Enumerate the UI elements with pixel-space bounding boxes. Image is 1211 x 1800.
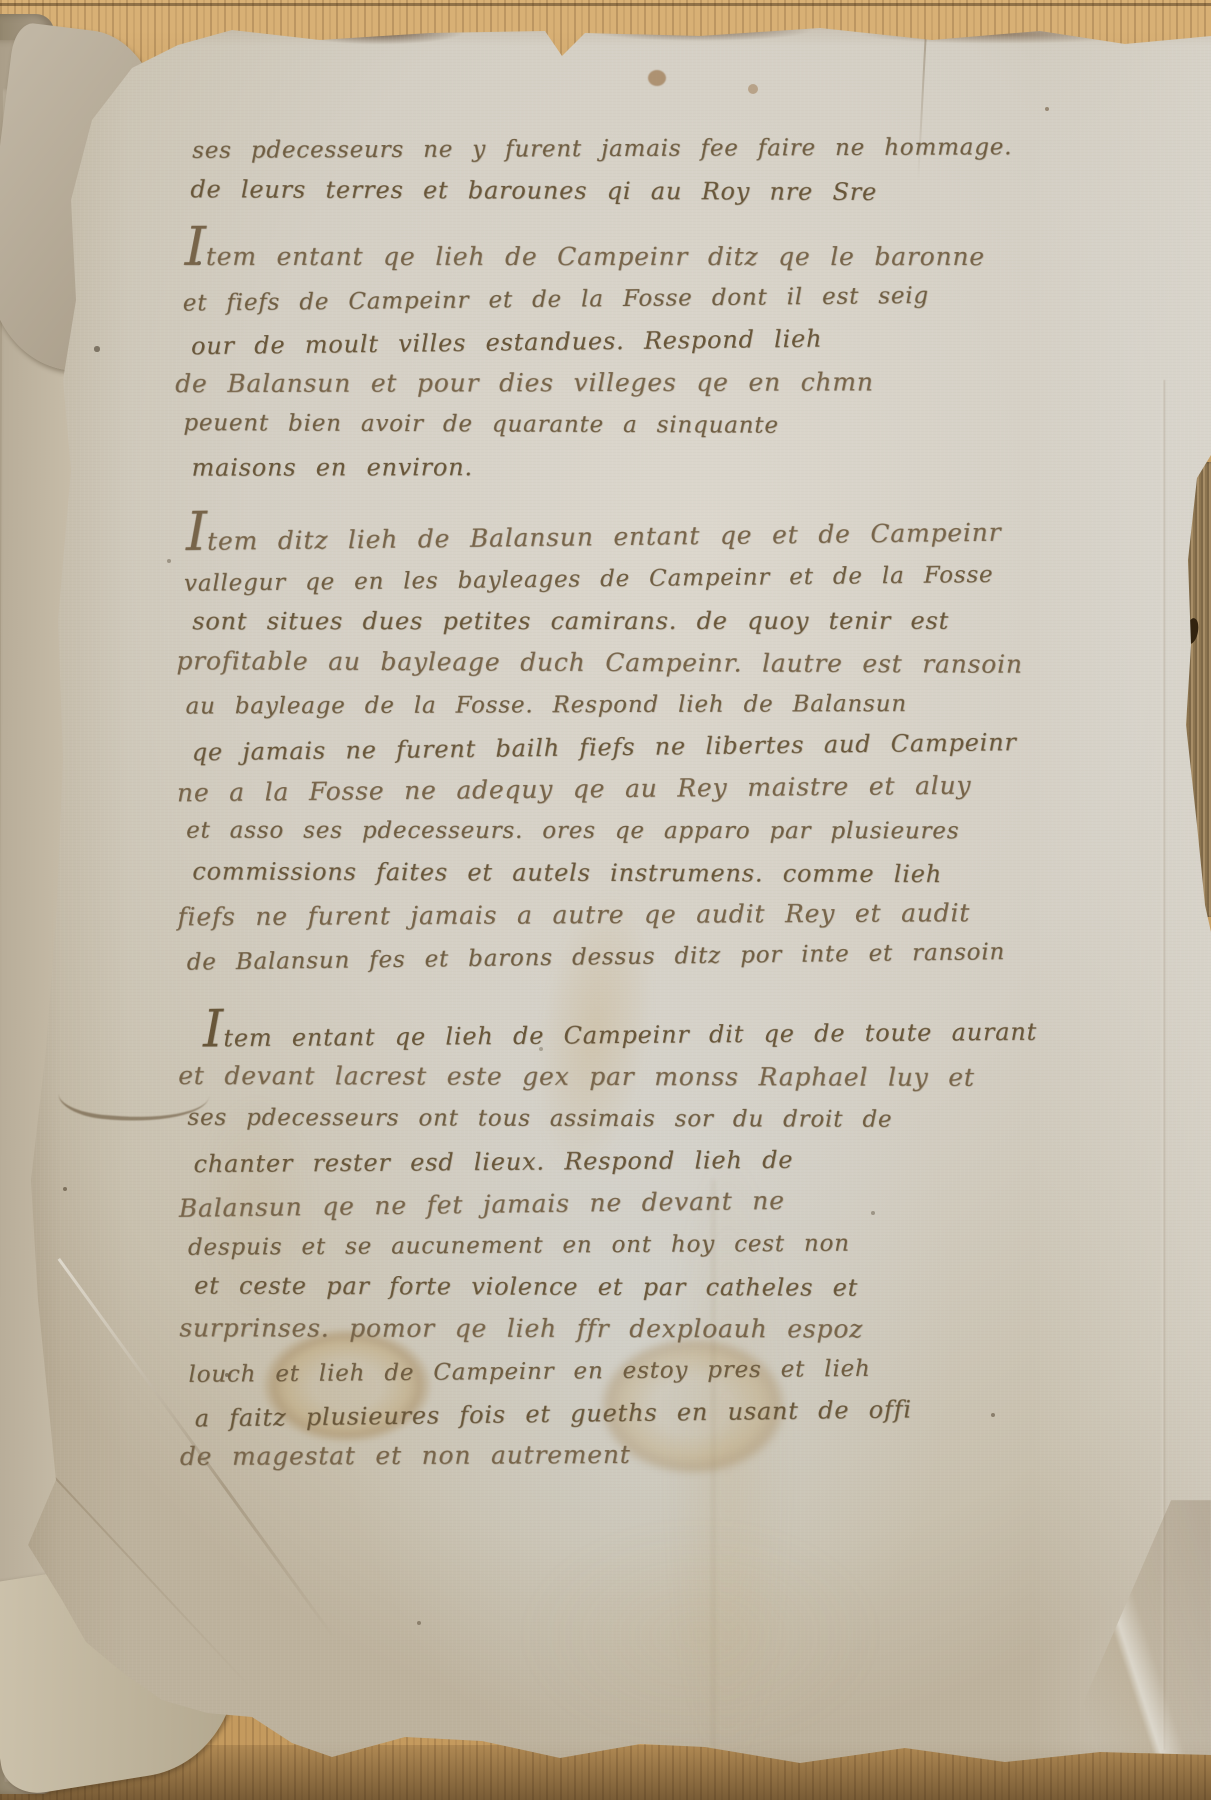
manuscript-line: peuent bien avoir de quarante a sinquant…: [183, 402, 1063, 448]
manuscript-line: ses pdecesseurs ont tous assimais sor du…: [187, 1097, 1066, 1141]
manuscript-photo: ses pdecesseurs ne y furent jamais fee f…: [0, 0, 1211, 1800]
manuscript-line: ne a la Fosse ne adequy qe au Rey maistr…: [177, 764, 1065, 815]
manuscript-line: et devant lacrest este gex par monss Rap…: [178, 1055, 1066, 1099]
paragraph: Item entant qe lieh de Campeinr dit qe d…: [186, 1012, 1068, 1478]
manuscript-text: ses pdecesseurs ne y furent jamais fee f…: [182, 126, 1068, 1478]
manuscript-line: vallegur qe en les bayleages de Campeinr…: [184, 553, 1064, 605]
manuscript-line: profitable au bayleage duch Campeinr. la…: [176, 640, 1064, 686]
manuscript-line: Item entant qe lieh de Campeinr dit qe d…: [203, 1010, 1066, 1059]
manuscript-line: ses pdecesseurs ne y furent jamais fee f…: [192, 126, 1062, 172]
paragraph: Item ditz lieh de Balansun entant qe et …: [184, 514, 1066, 980]
manuscript-line: de leurs terres et barounes qi au Roy nr…: [190, 168, 1062, 214]
manuscript-line: de magestat et non autrement: [180, 1432, 1068, 1478]
manuscript-line: despuis et se aucunement en ont hoy cest…: [188, 1221, 1067, 1269]
manuscript-line: et asso ses pdecesseurs. ores qe apparo …: [186, 810, 1065, 853]
small-spot-stain: [648, 70, 666, 86]
manuscript-line: au bayleage de la Fosse. Respond lieh de…: [186, 682, 1065, 727]
manuscript-line: Item entant qe lieh de Campeinr ditz qe …: [185, 236, 1063, 278]
small-spot-stain: [748, 84, 758, 94]
water-stain: [520, 1520, 880, 1750]
manuscript-line: surprinses. pomor qe lieh ffr dexploauh …: [179, 1307, 1067, 1350]
manuscript-line: commissions faites et autels instrumens.…: [192, 850, 1065, 895]
manuscript-line: de Balansun et pour dies villeges qe en …: [175, 361, 1063, 405]
paragraph: ses pdecesseurs ne y furent jamais fee f…: [182, 126, 1062, 214]
manuscript-line: de Balansun fes et barons dessus ditz po…: [186, 930, 1065, 983]
manuscript-line: sont situes dues petites camirans. de qu…: [192, 600, 1064, 643]
manuscript-line: et ceste par forte violence et par cathe…: [194, 1265, 1067, 1310]
manuscript-page-sheet: ses pdecesseurs ne y furent jamais fee f…: [0, 0, 1211, 1800]
manuscript-line: maisons en environ.: [192, 445, 1064, 488]
paragraph: Item entant qe lieh de Campeinr ditz qe …: [183, 234, 1064, 490]
